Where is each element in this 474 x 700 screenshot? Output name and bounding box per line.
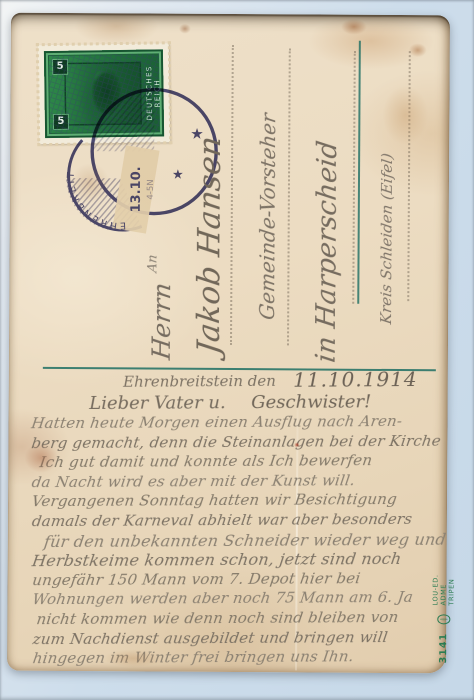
- stain: [179, 24, 191, 34]
- message-dateline: Ehrenbreitstein den 11.10.1914: [31, 369, 445, 394]
- printed-address-line-solid: [357, 41, 361, 304]
- message-block: Ehrenbreitstein den 11.10.1914 Lieber Va…: [31, 369, 447, 669]
- salutation-right: Geschwister!: [251, 391, 371, 413]
- message-line: nicht kommen wie denn noch sind bleiben …: [31, 608, 448, 630]
- imprint-number: 3141: [438, 633, 449, 664]
- postmark-time: 4-5N: [146, 179, 156, 199]
- message-line: zum Nachdienst ausgebildet und bringen w…: [31, 627, 448, 649]
- address-line-town: in Harperscheid: [311, 139, 343, 365]
- postcard-back: DEUTSCHES REICH 5 5 13.10. 4-5N EHRENBRE…: [7, 13, 450, 674]
- address-rule-line: [287, 48, 291, 345]
- address-line-name: Jakob Hansen: [191, 134, 228, 356]
- message-line: Herbstkeime kommen schon, jetzt sind noc…: [31, 549, 448, 571]
- stain: [409, 43, 427, 57]
- salutation-left: Lieber Vater u.: [89, 392, 226, 414]
- message-line: Ich gut damit und konnte als Ich bewerfe…: [30, 451, 447, 473]
- message-line: damals der Karneval abhielt war aber bes…: [31, 510, 448, 532]
- imprint-publisher: LOU-ED. ADME TRIPEN: [431, 569, 455, 606]
- stain: [382, 85, 428, 145]
- address-line-district: Kreis Schleiden (Eifel): [377, 152, 396, 325]
- message-date: 11.10.1914: [293, 367, 418, 392]
- message-line: Vergangenen Sonntag hatten wir Besichtig…: [31, 490, 448, 512]
- postmark-hatch-segment: [92, 89, 154, 151]
- message-salutation: Lieber Vater u. Geschwister!: [31, 391, 445, 415]
- postmark-star-icon: ★: [172, 168, 184, 183]
- address-line-title: Gemeinde-Vorsteher: [255, 112, 280, 322]
- message-line: hingegen im Winter frei bringen uns Ihn.: [31, 647, 448, 669]
- publisher-imprint: 3141 LOU-ED. ADME TRIPEN: [431, 569, 456, 663]
- message-line: Wohnungen werden aber noch 75 Mann am 6.…: [31, 588, 448, 610]
- address-rule-line: [407, 51, 411, 301]
- stain: [341, 19, 367, 35]
- publisher-logo-icon: [437, 614, 450, 623]
- address-rule-line: [352, 51, 356, 304]
- message-place: Ehrenbreitstein den: [123, 372, 276, 391]
- message-line: Hatten heute Morgen einen Ausflug nach A…: [30, 412, 447, 434]
- photo-of-postcard: { "photo": { "background_color": "#cddde…: [0, 0, 474, 700]
- address-prefix: An: [145, 254, 160, 274]
- postmark-date: 13.10.: [129, 166, 144, 212]
- address-line-herrn: Herrn: [147, 281, 176, 361]
